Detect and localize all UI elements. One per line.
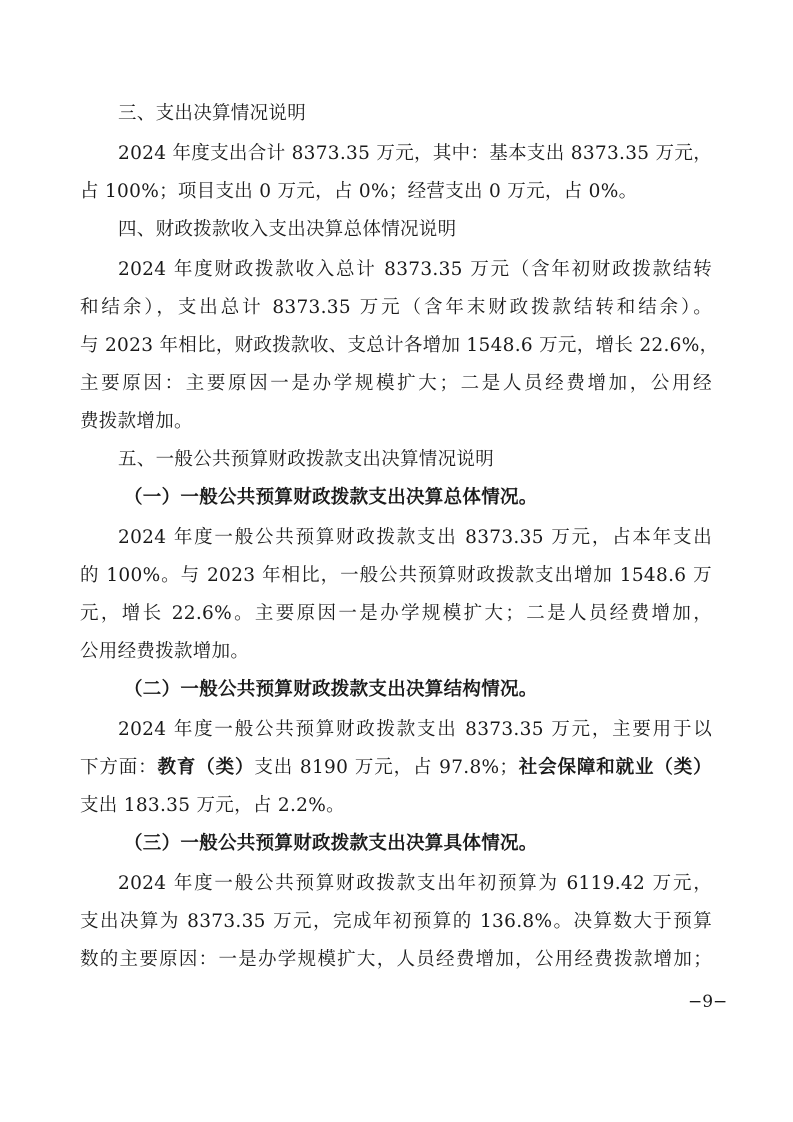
- paragraph-line: 的 100%。与 2023 年相比，一般公共预算财政拨款支出增加 1548.6 …: [80, 564, 712, 588]
- section-heading-fiscal-appropriation: 四、财政拨款收入支出决算总体情况说明: [118, 218, 456, 242]
- category-education: 教育（类）: [158, 757, 255, 778]
- category-social-security: 社会保障和就业（类）: [518, 757, 712, 778]
- subsection-heading-details: （三）一般公共预算财政拨款支出决算具体情况。: [124, 832, 538, 856]
- page-number: −9−: [688, 992, 727, 1012]
- paragraph-line: 支出决算为 8373.35 万元，完成年初预算的 136.8%。决算数大于预算: [80, 910, 712, 934]
- paragraph-line: 数的主要原因：一是办学规模扩大，人员经费增加，公用经费拨款增加；: [80, 948, 712, 972]
- paragraph-line: 2024 年度一般公共预算财政拨款支出 8373.35 万元，占本年支出: [118, 526, 712, 550]
- text-middle: 支出 8190 万元，占 97.8%；: [254, 757, 518, 778]
- paragraph-line: 元，增长 22.6%。主要原因一是办学规模扩大；二是人员经费增加，: [80, 602, 712, 626]
- paragraph-line: 与 2023 年相比，财政拨款收、支总计各增加 1548.6 万元，增长 22.…: [80, 334, 712, 358]
- paragraph-line: 2024 年度财政拨款收入总计 8373.35 万元（含年初财政拨款结转: [118, 258, 712, 282]
- text-prefix: 下方面：: [80, 757, 158, 778]
- paragraph-line: 占 100%；项目支出 0 万元，占 0%；经营支出 0 万元，占 0%。: [80, 180, 637, 204]
- paragraph-line: 主要原因：主要原因一是办学规模扩大；二是人员经费增加，公用经: [80, 372, 712, 396]
- subsection-heading-overall: （一）一般公共预算财政拨款支出决算总体情况。: [124, 486, 538, 510]
- paragraph-line: 公用经费拨款增加。: [80, 640, 249, 664]
- paragraph-line-mixed: 下方面：教育（类）支出 8190 万元，占 97.8%；社会保障和就业（类）: [80, 756, 712, 780]
- paragraph-line: 支出 183.35 万元，占 2.2%。: [80, 794, 345, 818]
- paragraph-line: 费拨款增加。: [80, 410, 193, 434]
- paragraph-line: 2024 年度一般公共预算财政拨款支出年初预算为 6119.42 万元，: [118, 872, 712, 896]
- paragraph-line: 2024 年度一般公共预算财政拨款支出 8373.35 万元，主要用于以: [118, 718, 712, 742]
- paragraph-line: 2024 年度支出合计 8373.35 万元，其中：基本支出 8373.35 万…: [118, 142, 712, 166]
- section-heading-expenditure: 三、支出决算情况说明: [118, 102, 306, 126]
- subsection-heading-structure: （二）一般公共预算财政拨款支出决算结构情况。: [124, 678, 538, 702]
- section-heading-general-budget: 五、一般公共预算财政拨款支出决算情况说明: [118, 448, 494, 472]
- paragraph-line: 和结余），支出总计 8373.35 万元（含年末财政拨款结转和结余）。: [80, 296, 712, 320]
